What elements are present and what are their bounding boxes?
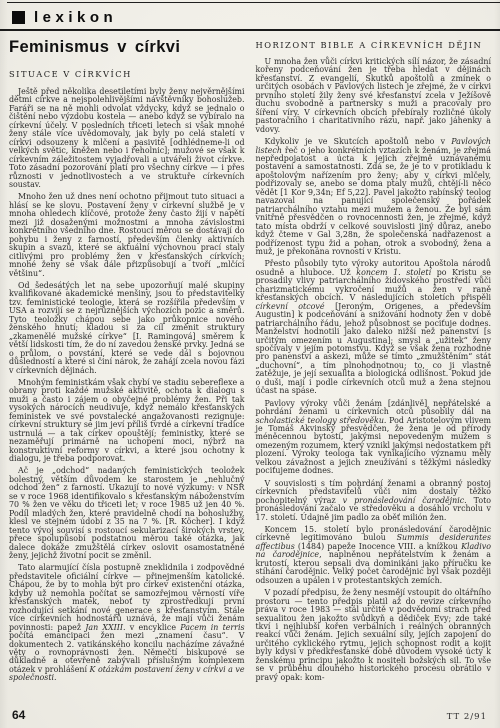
section-heading-situace: SITUACE V CÍRKVÍCH — [9, 69, 245, 79]
article-title: Feminismus v církvi — [9, 38, 245, 57]
section-heading-horizont: HORIZONT BIBLE A CÍRKEVNÍCH DĚJIN — [256, 40, 492, 50]
right-column: HORIZONT BIBLE A CÍRKEVNÍCH DĚJIN U mnoh… — [256, 38, 492, 700]
paragraph: Koncem 15. století bylo pronásledování č… — [256, 526, 492, 585]
masthead-label: lexikon — [34, 9, 117, 26]
issue-label: TT 2/91 — [447, 712, 487, 722]
paragraph: Ač je „odchod“ nadaných feministických t… — [9, 467, 245, 560]
paragraph: V souvislosti s tím pohrdání ženami a ob… — [256, 480, 492, 522]
paragraph: Mnoho žen už dnes není ochotno přijmout … — [9, 193, 245, 278]
paragraph: V pozadí předpisu, že ženy nesmějí vstou… — [256, 589, 492, 682]
paragraph: Přesto působily tyto výroky autoritou Ap… — [256, 260, 492, 395]
scanned-magazine-page: lexikon Feminismus v církvi SITUACE V CÍ… — [0, 0, 500, 728]
masthead: lexikon — [12, 9, 117, 26]
article-columns: Feminismus v církvi SITUACE V CÍRKVÍCH J… — [9, 38, 491, 700]
paragraph: U mnoha žen vůči církvi kritických sílí … — [256, 58, 492, 134]
top-rule — [7, 2, 500, 3]
paragraph: Kdykoliv je ve Skutcích apoštolů nebo v … — [256, 138, 492, 256]
page-footer: 64 TT 2/91 — [12, 708, 487, 722]
left-column: Feminismus v církvi SITUACE V CÍRKVÍCH J… — [9, 38, 245, 700]
lexikon-square-icon — [12, 11, 25, 24]
paragraph: Od šedesátých let na sebe upozorňují mal… — [9, 282, 245, 375]
header-rule — [0, 29, 500, 31]
page-number: 64 — [12, 708, 25, 722]
paragraph: Pavlovy výroky vůči ženám [zdánlivě] nep… — [256, 400, 492, 476]
paragraph: Mnohým feministkám však chybí ve stadiu … — [9, 379, 245, 464]
paragraph: Ještě před několika desetiletími byly že… — [9, 88, 245, 189]
paragraph: Tato alarmující čísla postupně zneklidni… — [9, 564, 245, 682]
